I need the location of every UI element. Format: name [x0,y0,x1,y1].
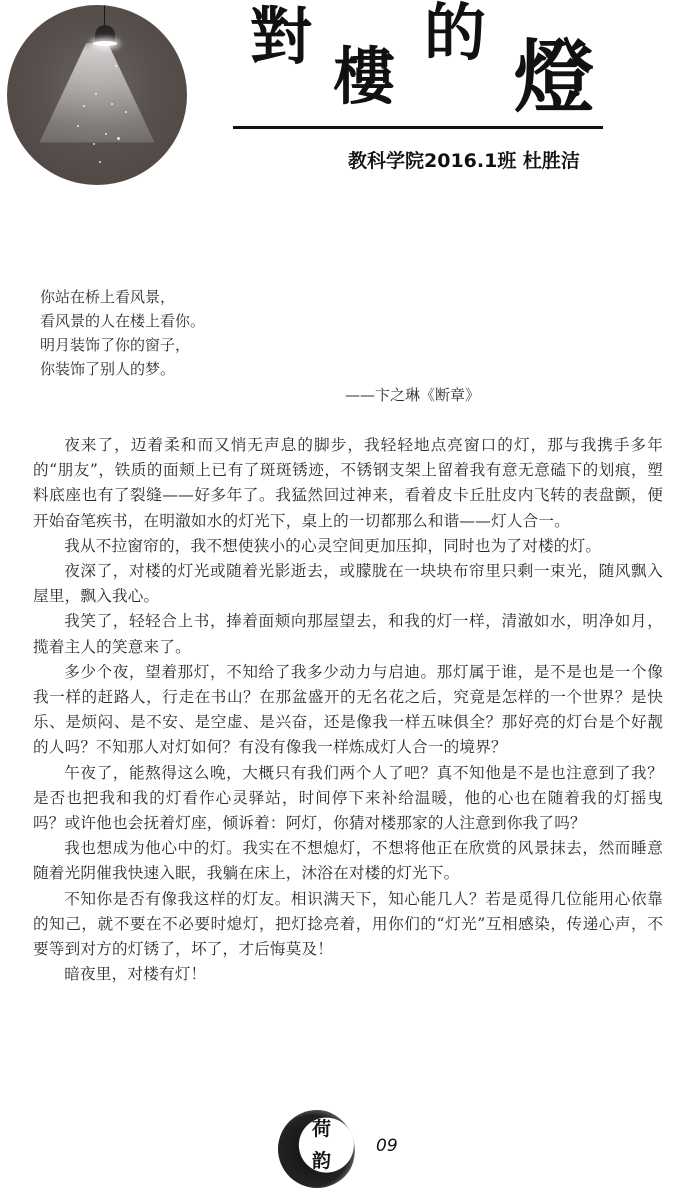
lamp-bulb [93,41,117,46]
page-number: 09 [376,1136,398,1156]
epigraph-line: 明月装饰了你的窗子， [40,333,205,357]
dust-particle [105,133,107,135]
dust-particle [111,103,113,105]
dust-particle [77,125,79,127]
title-char: 對 [250,6,312,68]
epigraph: 你站在桥上看风景， 看风景的人在楼上看你。 明月装饰了你的窗子， 你装饰了别人的… [40,285,205,381]
magazine-logo: 荷 韵 [278,1110,356,1188]
dust-particle [93,143,95,145]
title-divider [233,126,603,129]
paragraph: 午夜了，能熬得这么晚，大概只有我们两个人了吧？真不知他是不是也注意到了我？是否也… [33,761,663,837]
paragraph: 我笑了，轻轻合上书，捧着面颊向那屋望去，和我的灯一样，清澈如水，明净如月，揽着主… [33,609,663,659]
epigraph-line: 你装饰了别人的梦。 [40,357,205,381]
logo-char: 荷 [312,1120,331,1139]
epigraph-line: 看风景的人在楼上看你。 [40,309,205,333]
author-byline: 教科学院2016.1班 杜胜洁 [348,146,580,173]
paragraph: 夜来了，迈着柔和而又悄无声息的脚步，我轻轻地点亮窗口的灯，那与我携手多年的“朋友… [33,433,663,534]
dust-particle [83,105,85,107]
dust-particle [115,65,117,67]
article-body: 夜来了，迈着柔和而又悄无声息的脚步，我轻轻地点亮窗口的灯，那与我携手多年的“朋友… [33,433,663,987]
title-char: 的 [424,2,486,64]
title-char: 樓 [333,46,395,108]
dust-particle [125,111,127,113]
light-beam [7,43,187,185]
epigraph-line: 你站在桥上看风景， [40,285,205,309]
paragraph: 夜深了，对楼的灯光或随着光影逝去，或朦胧在一块块布帘里只剩一束光，随风飘入屋里，… [33,559,663,609]
dust-particle [99,161,101,163]
paragraph: 不知你是否有像我这样的灯友。相识满天下，知心能几人？若是觅得几位能用心依靠的知己… [33,887,663,963]
paragraph: 我从不拉窗帘的，我不想使狭小的心灵空间更加压抑，同时也为了对楼的灯。 [33,534,663,559]
epigraph-source: ——卞之琳《断章》 [345,384,480,405]
logo-char: 韵 [312,1152,331,1171]
dust-particle [117,137,120,140]
lamp-illustration [7,5,187,185]
lamp-cord [104,5,105,27]
title-char: 燈 [514,38,594,118]
dust-particle [95,93,97,95]
paragraph: 多少个夜，望着那灯，不知给了我多少动力与启迪。那灯属于谁，是不是也是一个像我一样… [33,660,663,761]
paragraph: 暗夜里，对楼有灯！ [33,962,663,987]
paragraph: 我也想成为他心中的灯。我实在不想熄灯，不想将他正在欣赏的风景抹去，然而睡意随着光… [33,836,663,886]
